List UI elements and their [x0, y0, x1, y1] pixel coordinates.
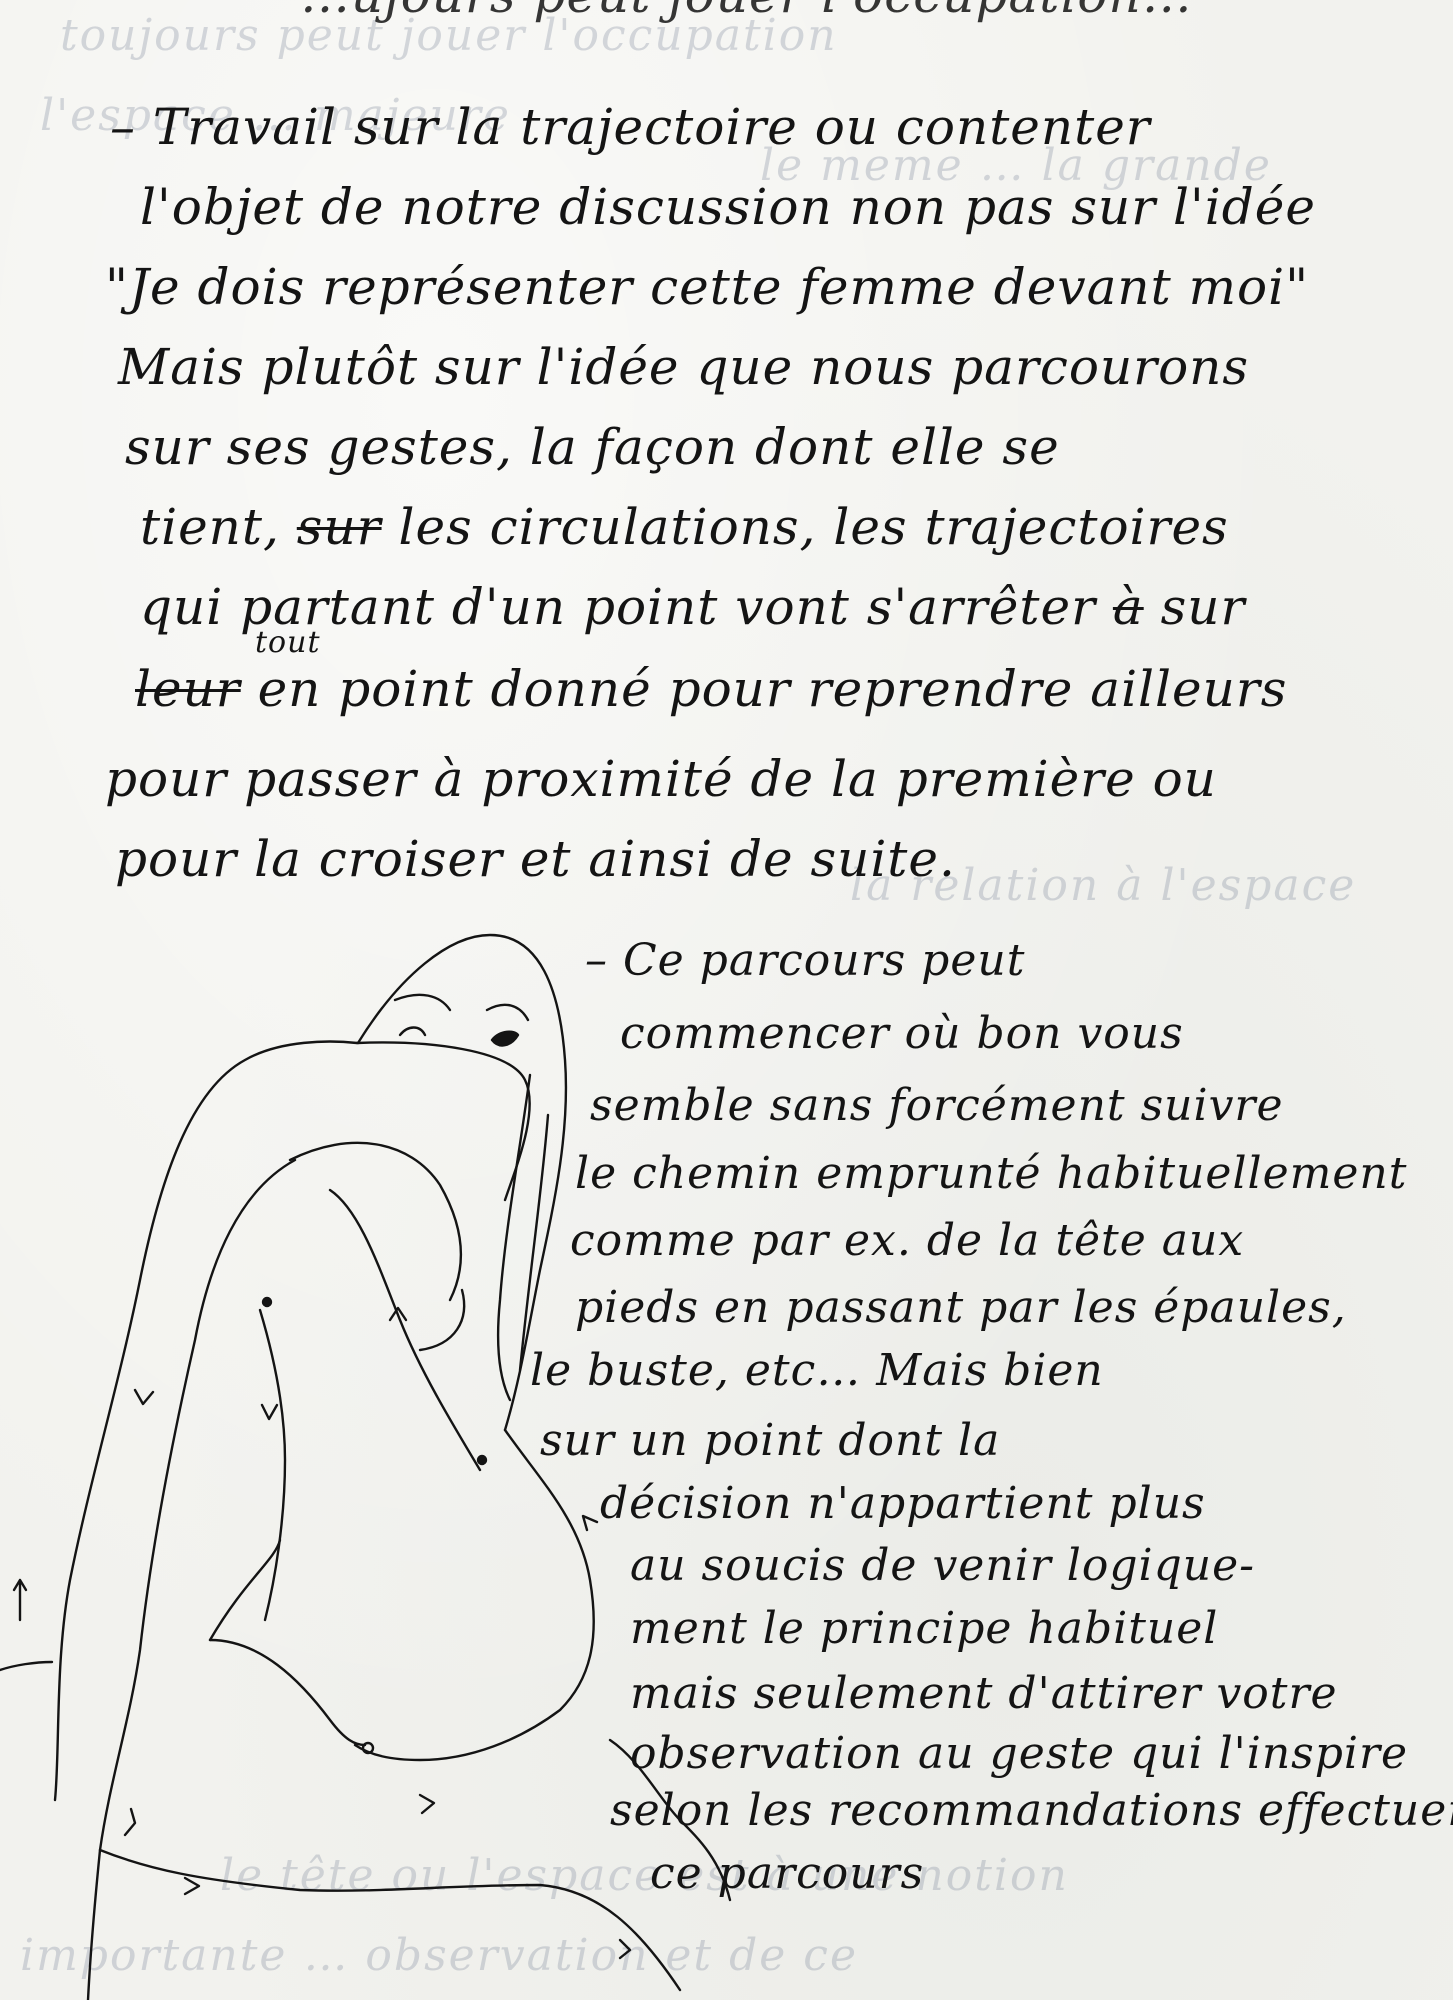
ground-curve — [610, 1740, 730, 1900]
thigh-inner — [210, 1540, 280, 1640]
thigh-inner — [210, 1640, 365, 1745]
hair-strand — [520, 1115, 548, 1370]
leg-outline — [88, 1160, 295, 2000]
arrow-icon — [583, 1516, 597, 1530]
arrow-icon — [420, 1795, 434, 1813]
knee-outline — [290, 1143, 461, 1300]
eye — [492, 1032, 518, 1046]
foot-line — [100, 1850, 680, 1990]
arrow-icon — [125, 1809, 135, 1835]
eyebrow — [395, 995, 450, 1010]
arrow-icon — [185, 1878, 199, 1894]
breast-outline — [420, 1290, 464, 1350]
knee-inner — [260, 1310, 285, 1620]
arrow-icon — [14, 1580, 26, 1620]
arm-inner — [357, 1042, 530, 1200]
eyebrow — [487, 1005, 528, 1020]
figure-sketch — [0, 0, 1453, 2000]
hair-outline — [358, 935, 566, 1430]
hip-outline — [355, 1430, 594, 1760]
eye — [400, 1028, 425, 1036]
arm-outline — [55, 1042, 357, 1800]
arrow-icon — [135, 1390, 153, 1404]
arrow-icon — [620, 1940, 630, 1958]
ink-dot — [263, 1298, 271, 1306]
tick-mark — [0, 1662, 52, 1670]
ink-dot — [478, 1456, 486, 1464]
arrow-icon — [262, 1405, 277, 1419]
